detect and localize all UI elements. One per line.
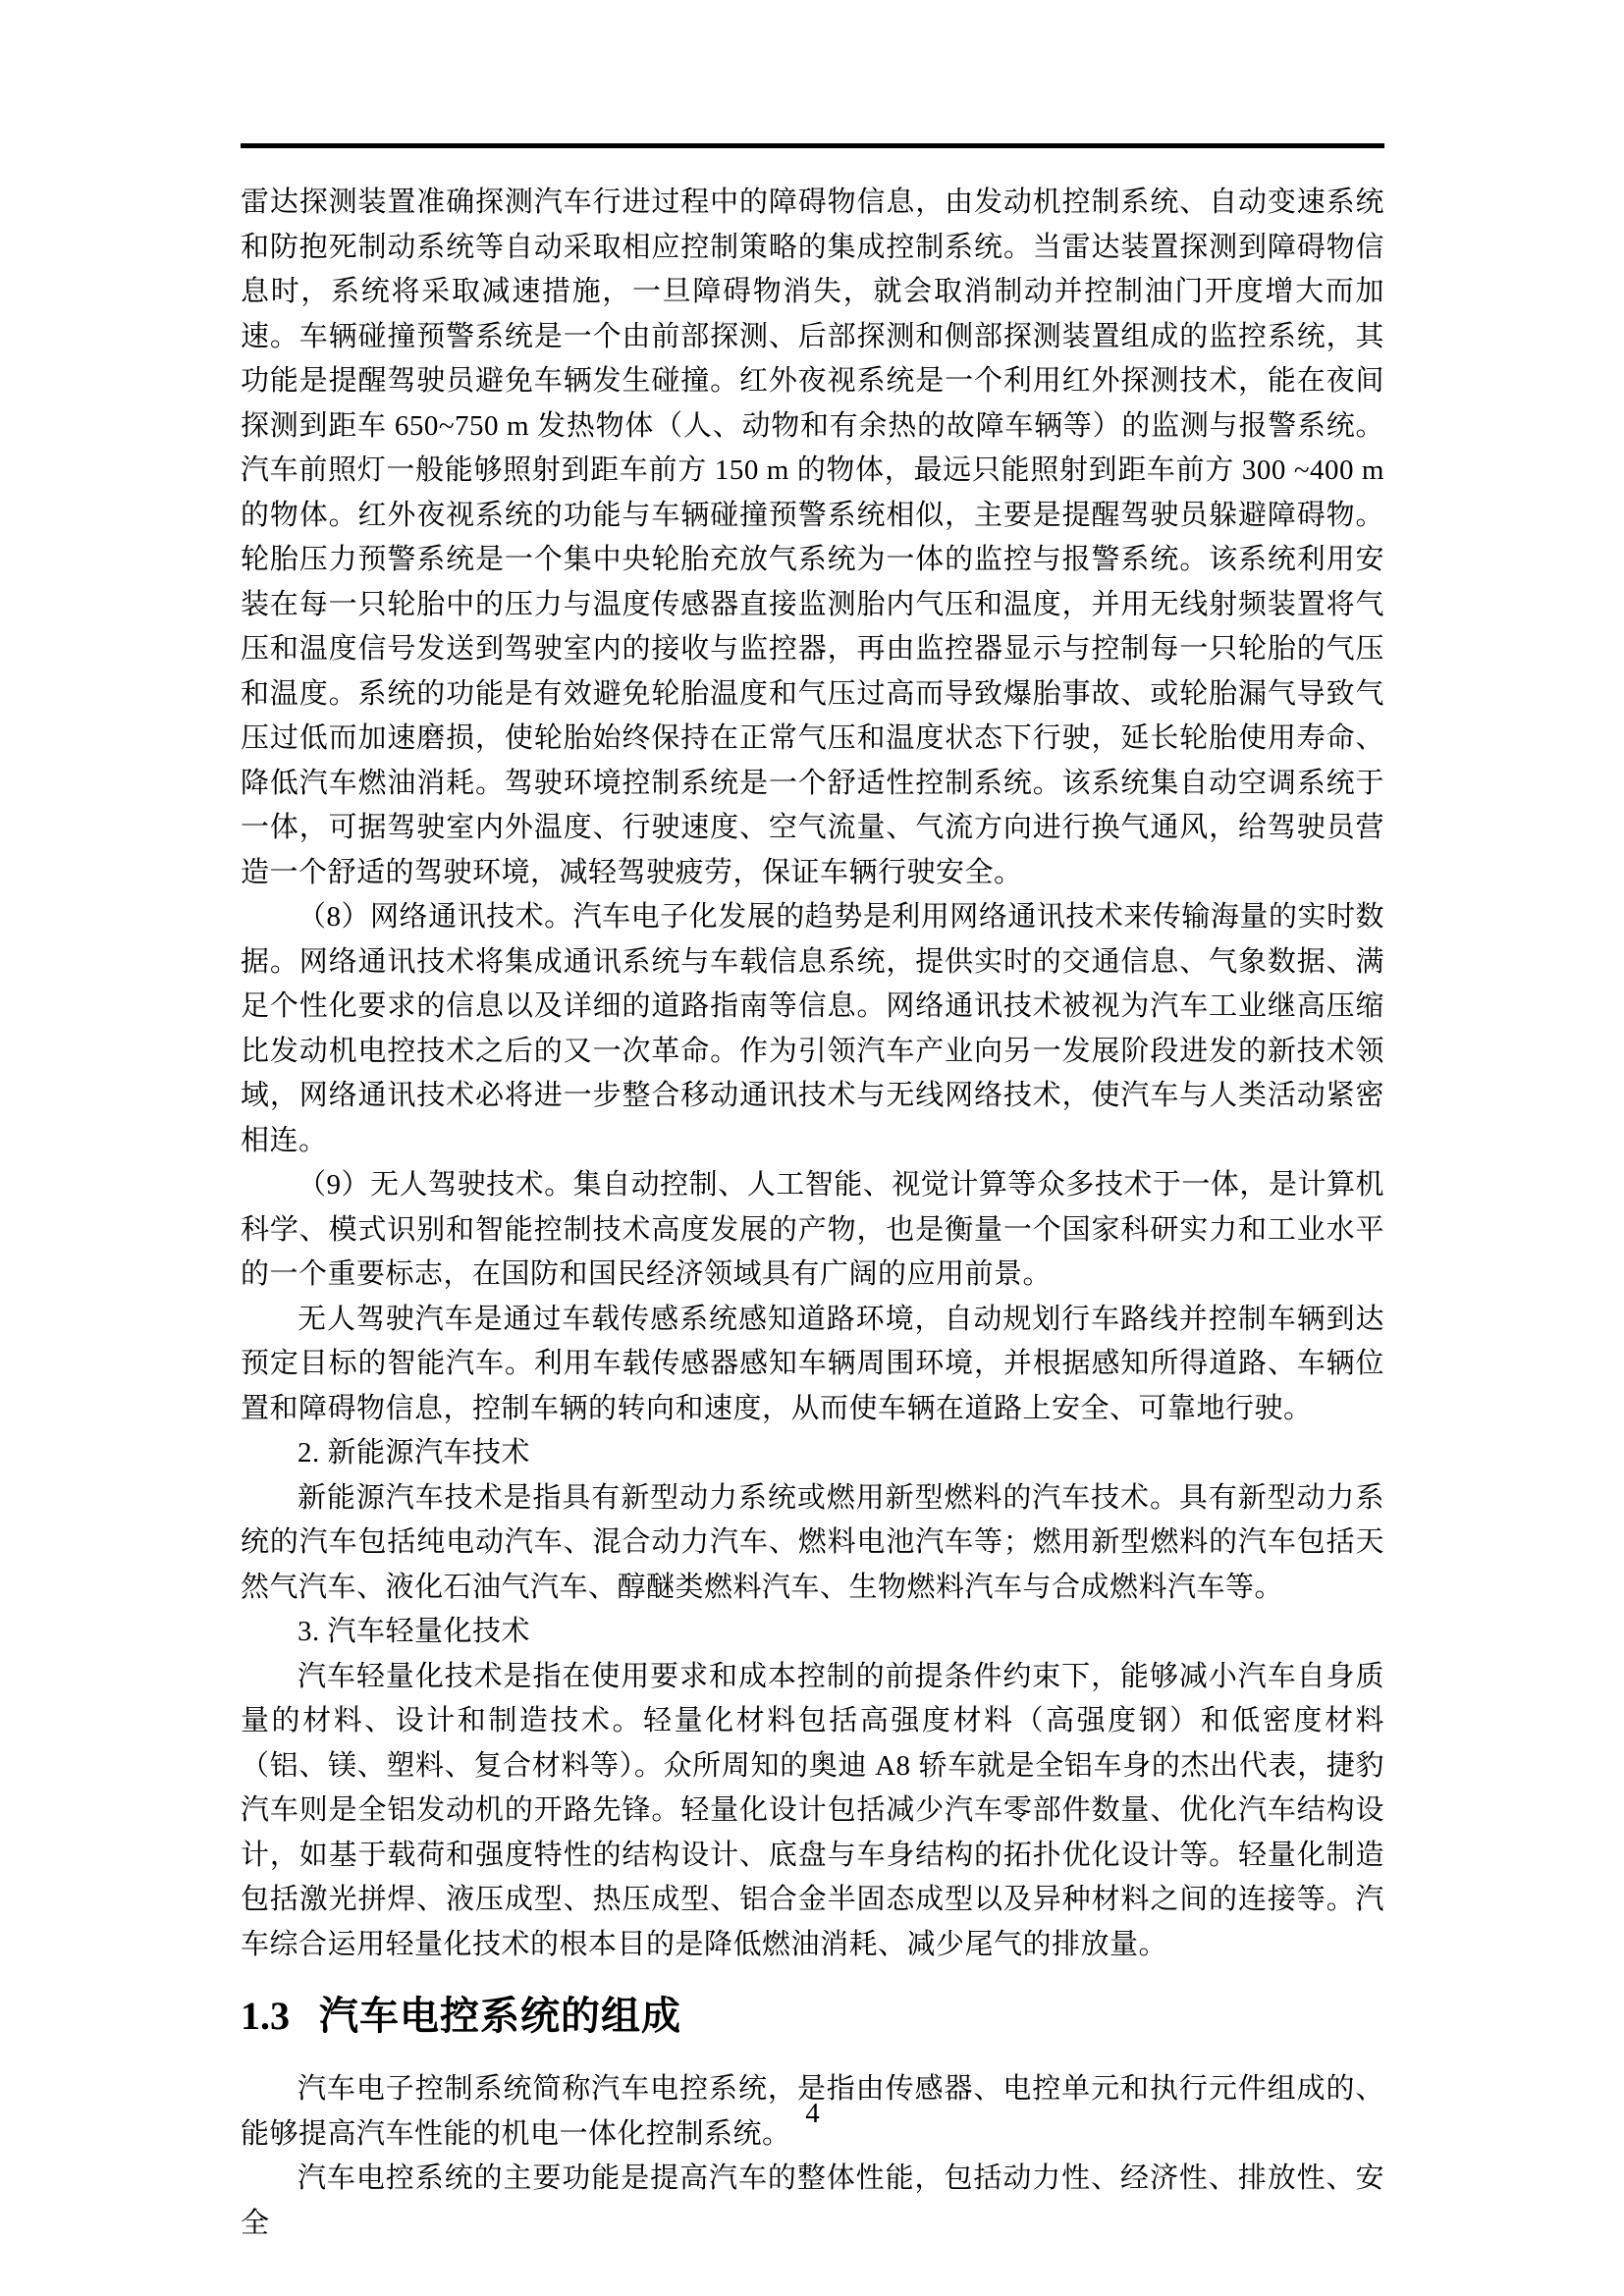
header-rule [241,143,1384,148]
body-paragraph: 雷达探测装置准确探测汽车行进过程中的障碍物信息，由发动机控制系统、自动变速系统和… [241,181,1384,895]
document-page: 雷达探测装置准确探测汽车行进过程中的障碍物信息，由发动机控制系统、自动变速系统和… [0,0,1624,2296]
page-content: 雷达探测装置准确探测汽车行进过程中的障碍物信息，由发动机控制系统、自动变速系统和… [241,181,1384,2246]
numbered-subheading: 3. 汽车轻量化技术 [241,1610,1384,1655]
section-number: 1.3 [241,1994,290,2038]
section-title: 汽车电控系统的组成 [319,1994,681,2038]
body-paragraph: 新能源汽车技术是指具有新型动力系统或燃用新型燃料的汽车技术。具有新型动力系统的汽… [241,1476,1384,1611]
body-paragraph: （8）网络通讯技术。汽车电子化发展的趋势是利用网络通讯技术来传输海量的实时数据。… [241,895,1384,1163]
numbered-subheading: 2. 新能源汽车技术 [241,1431,1384,1476]
body-paragraph: 无人驾驶汽车是通过车载传感系统感知道路环境，自动规划行车路线并控制车辆到达预定目… [241,1298,1384,1432]
body-paragraph: 汽车轻量化技术是指在使用要求和成本控制的前提条件约束下，能够减小汽车自身质量的材… [241,1655,1384,1968]
section-heading: 1.3汽车电控系统的组成 [241,1993,1384,2040]
page-footer: 4 [241,2097,1384,2130]
body-paragraph: （9）无人驾驶技术。集自动控制、人工智能、视觉计算等众多技术于一体，是计算机科学… [241,1163,1384,1298]
body-paragraph: 汽车电控系统的主要功能是提高汽车的整体性能，包括动力性、经济性、排放性、安全 [241,2157,1384,2246]
page-number: 4 [805,2098,820,2129]
